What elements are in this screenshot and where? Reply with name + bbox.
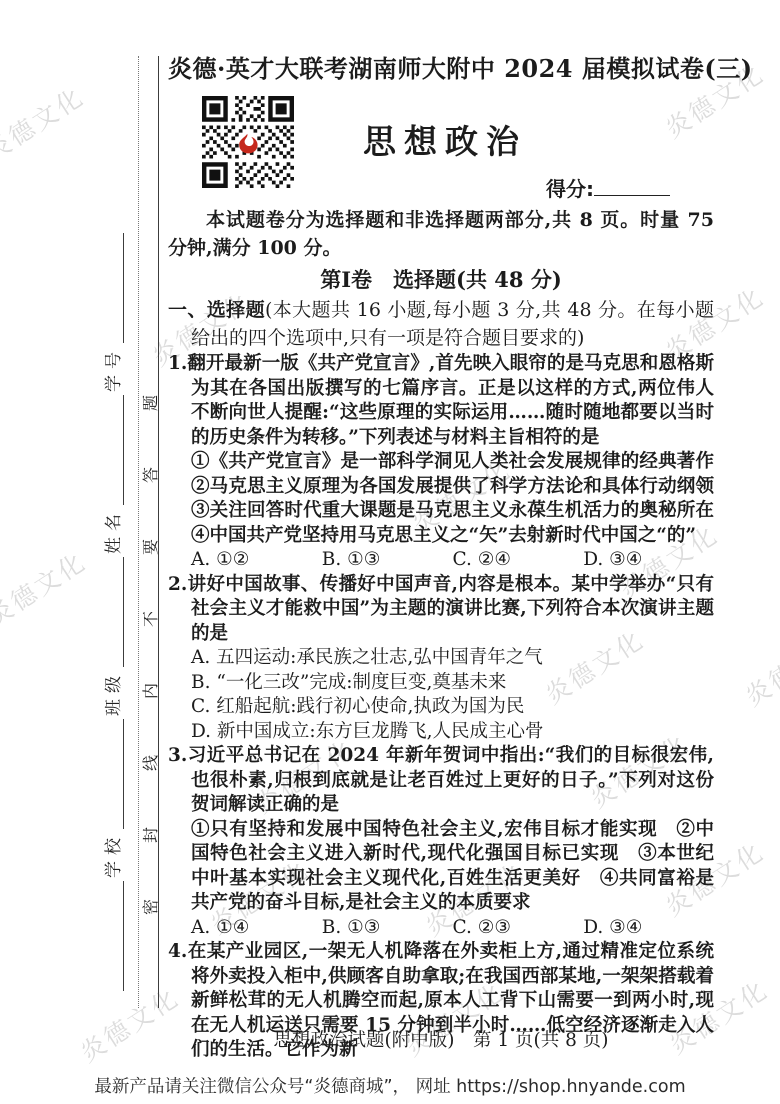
option-b: B. ①③ [322,548,453,573]
publisher-promo-line: 最新产品请关注微信公众号“炎德商城”， 网址 https://shop.hnya… [0,1073,780,1098]
name-blank-line [107,557,124,667]
group-label: 一、选择题 [168,299,265,321]
name-field-label: 姓名 [104,507,124,555]
part-1-heading: 第Ⅰ卷 选择题(共 48 分) [168,266,714,294]
question-stem: 1.翻开最新一版《共产党宣言》,首先映入眼帘的是马克思和恩格斯为其在各国出版撰写… [168,352,714,450]
student-id-blank-line [107,395,124,505]
score-blank-line [594,189,670,196]
student-id-field-label: 学号 [104,345,124,393]
question-2: 2.讲好中国故事、传播好中国声音,内容是根本。某中学举办“只有社会主义才能救中国… [168,573,714,745]
option-d: D. 新中国成立:东方巨龙腾飞,人民成主心骨 [168,720,714,745]
school-field-label: 学校 [104,831,124,879]
score-label: 得分: [546,177,594,201]
option-d: D. ③④ [583,916,714,941]
score-row: 得分: [546,173,670,202]
option-a: A. ①② [191,548,322,573]
question-number: 2. [168,574,187,595]
option-c: C. ②④ [453,548,584,573]
binding-fields-strip: 学校 班级 姓名 学号 [100,222,124,1002]
watermark: 炎德文化 [0,542,93,633]
question-group-heading: 一、选择题(本大题共 16 小题,每小题 3 分,共 48 分。在每小题给出的四… [168,296,714,352]
top-blank-line [107,233,124,343]
question-stem-text: 翻开最新一版《共产党宣言》,首先映入眼帘的是马克思和恩格斯为其在各国出版撰写的七… [187,353,714,448]
question-3: 3.习近平总书记在 2024 年新年贺词中指出:“我们的目标很宏伟,也很朴素,归… [168,744,714,940]
question-subitems: ①只有坚持和发展中国特色社会主义,宏伟目标才能实现 ②中国特色社会主义进入新时代… [168,818,714,916]
question-stem: 3.习近平总书记在 2024 年新年贺词中指出:“我们的目标很宏伟,也很朴素,归… [168,744,714,818]
exam-title: 炎德·英才大联考湖南师大附中 2024 届模拟试卷(三) [168,52,714,86]
question-stem-text: 习近平总书记在 2024 年新年贺词中指出:“我们的目标很宏伟,也很朴素,归根到… [187,745,714,815]
class-blank-line [107,719,124,829]
question-options: A. ①④ B. ①③ C. ②③ D. ③④ [168,916,714,941]
question-stem: 2.讲好中国故事、传播好中国声音,内容是根本。某中学举办“只有社会主义才能救中国… [168,573,714,647]
question-options: A. ①② B. ①③ C. ②④ D. ③④ [168,548,714,573]
school-blank-line [107,881,124,991]
option-d: D. ③④ [583,548,714,573]
subject-title: 思想政治 [168,116,714,163]
option-c: C. 红船起航:践行初心使命,执政为国为民 [168,695,714,720]
exam-instructions: 本试题卷分为选择题和非选择题两部分,共 8 页。时量 75 分钟,满分 100 … [168,206,714,262]
page-footer: 思想政治试题(附中版) 第 1 页(共 8 页) [168,1026,714,1052]
group-note: (本大题共 16 小题,每小题 3 分,共 48 分。在每小题给出的四个选项中,… [191,299,714,349]
option-c: C. ②③ [453,916,584,941]
seal-warning-text: 密封线内不要答题 [138,355,160,955]
exam-content: 炎德·英才大联考湖南师大附中 2024 届模拟试卷(三) [168,52,714,1063]
question-stem-text: 讲好中国故事、传播好中国声音,内容是根本。某中学举办“只有社会主义才能救中国”为… [187,574,714,644]
question-1: 1.翻开最新一版《共产党宣言》,首先映入眼帘的是马克思和恩格斯为其在各国出版撰写… [168,352,714,573]
option-a: A. ①④ [191,916,322,941]
question-number: 1. [168,353,187,374]
option-b: B. ①③ [322,916,453,941]
question-number: 3. [168,745,187,766]
watermark: 炎德文化 [737,622,780,713]
watermark: 炎德文化 [0,77,91,168]
question-number: 4. [168,941,187,962]
subject-header: 思想政治 得分: [168,86,714,196]
option-a: A. 五四运动:承民族之壮志,弘中国青年之气 [168,646,714,671]
option-b: B. “一化三改”完成:制度巨变,奠基未来 [168,671,714,696]
question-subitems: ①《共产党宣言》是一部科学洞见人类社会发展规律的经典著作 ②马克思主义原理为各国… [168,450,714,548]
question-options: A. 五四运动:承民族之壮志,弘中国青年之气 B. “一化三改”完成:制度巨变,… [168,646,714,744]
class-field-label: 班级 [104,669,124,717]
